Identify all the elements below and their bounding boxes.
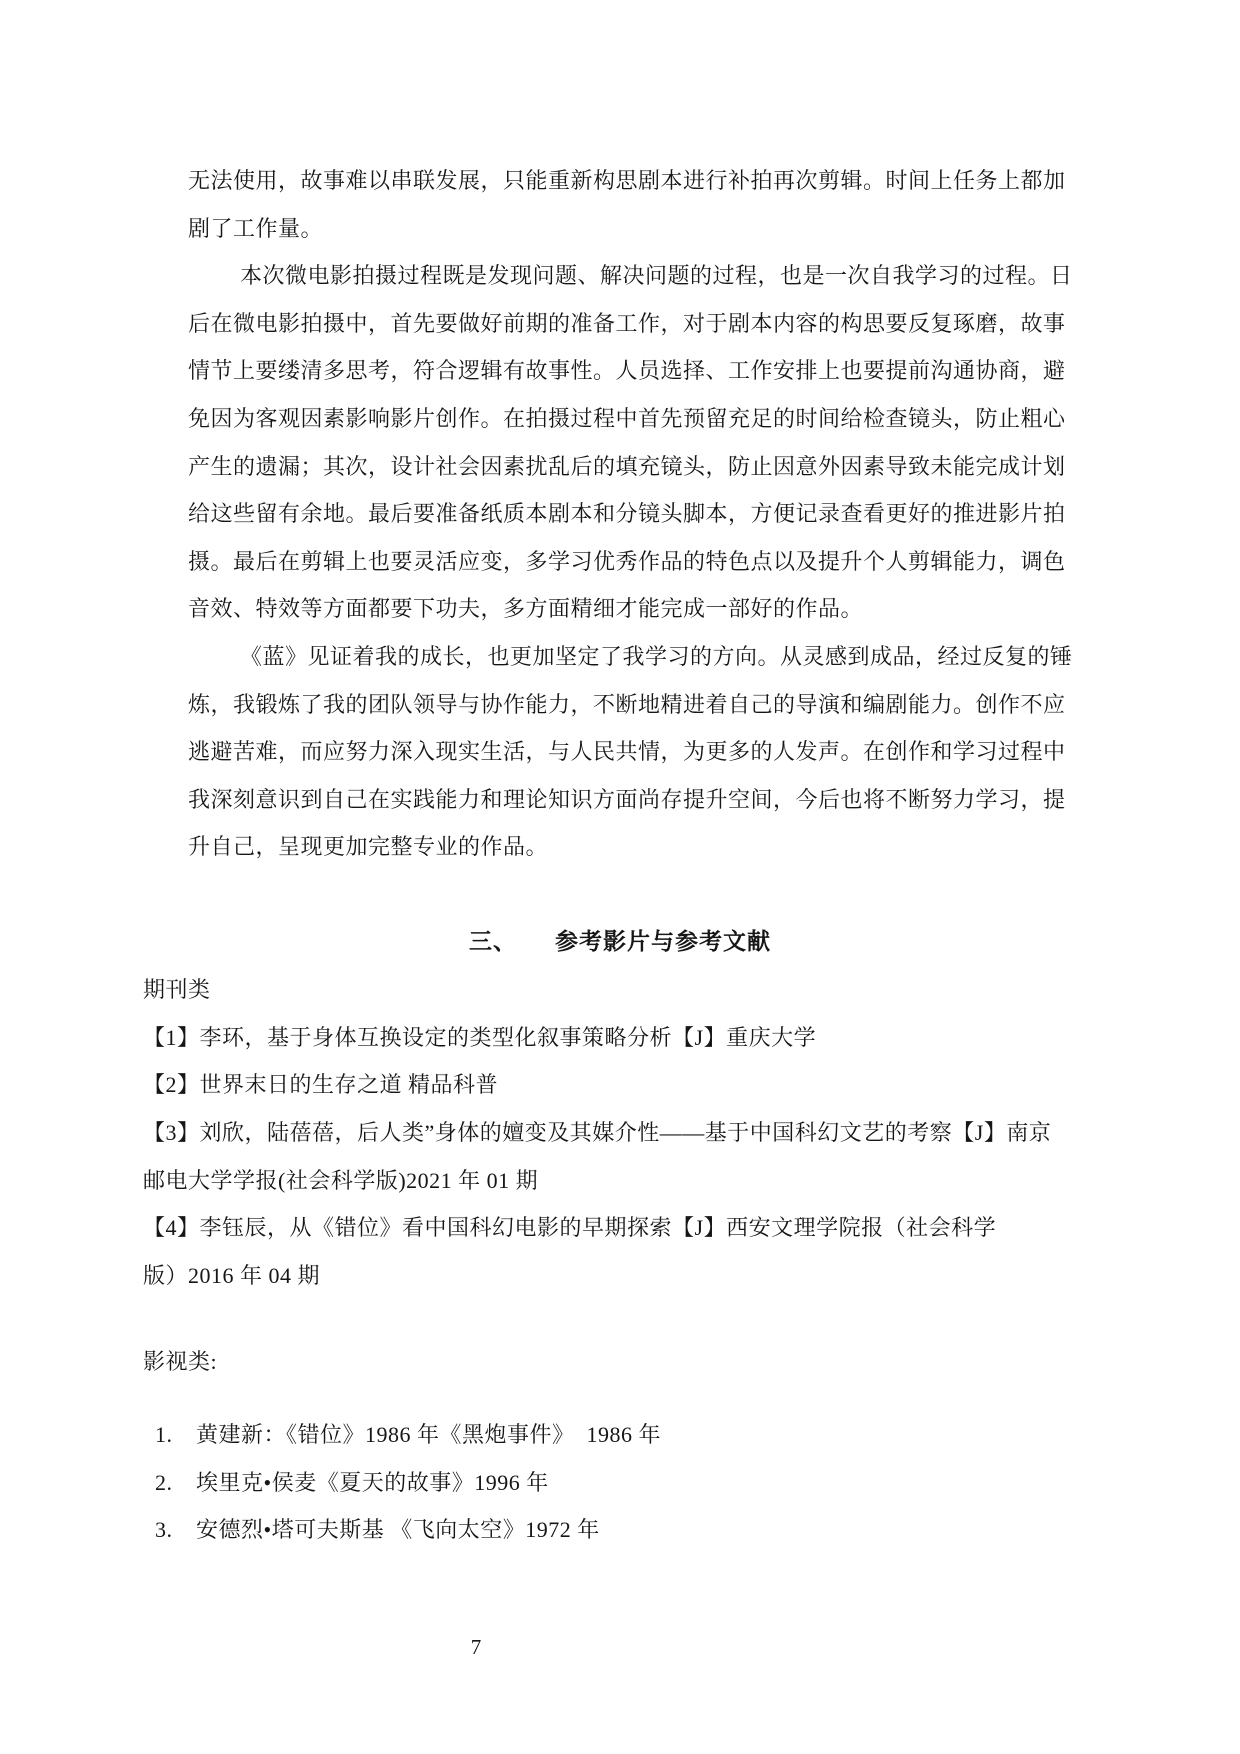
body-line: 我深刻意识到自己在实践能力和理论知识方面尚存提升空间，今后也将不断努力学习，提 xyxy=(188,787,1068,813)
film-item-text: 安德烈•塔可夫斯基 《飞向太空》1972 年 xyxy=(196,1517,600,1542)
reference-item: 【4】李钰辰，从《错位》看中国科幻电影的早期探索【J】西安文理学院报（社会科学 xyxy=(143,1215,1103,1241)
section-heading: 三、 参考影片与参考文献 xyxy=(0,928,1240,956)
film-item-number: 3. xyxy=(155,1517,196,1543)
section-heading-title: 参考影片与参考文献 xyxy=(555,928,771,956)
reference-item: 【2】世界末日的生存之道 精品科普 xyxy=(143,1072,1103,1098)
body-line: 产生的遗漏；其次，设计社会因素扰乱后的填充镜头，防止因意外因素导致未能完成计划 xyxy=(188,454,1068,480)
body-line: 后在微电影拍摄中，首先要做好前期的准备工作，对于剧本内容的构思要反复琢磨，故事 xyxy=(188,311,1068,337)
document-page: 无法使用，故事难以串联发展，只能重新构思剧本进行补拍再次剪辑。时间上任务上都加 … xyxy=(0,0,1240,1754)
body-line: 音效、特效等方面都要下功夫，多方面精细才能完成一部好的作品。 xyxy=(188,596,1068,622)
reference-item: 【1】李环，基于身体互换设定的类型化叙事策略分析【J】重庆大学 xyxy=(143,1025,1103,1051)
films-group-label: 影视类: xyxy=(143,1349,1103,1375)
references-group-label: 期刊类 xyxy=(143,977,1103,1003)
section-heading-numeral: 三、 xyxy=(469,928,517,956)
body-line: 给这些留有余地。最后要准备纸质本剧本和分镜头脚本，方便记录查看更好的推进影片拍 xyxy=(188,501,1068,527)
page-number: 7 xyxy=(456,1635,496,1659)
body-line: 本次微电影拍摄过程既是发现问题、解决问题的过程，也是一次自我学习的过程。日 xyxy=(188,263,1120,289)
reference-item: 【3】刘欣，陆蓓蓓，后人类”身体的嬗变及其媒介性——基于中国科幻文艺的考察【J】… xyxy=(143,1120,1103,1146)
reference-item-continuation: 邮电大学学报(社会科学版)2021 年 01 期 xyxy=(143,1168,1103,1194)
body-line: 逃避苦难，而应努力深入现实生活，与人民共情，为更多的人发声。在创作和学习过程中 xyxy=(188,739,1068,765)
film-item: 3.安德烈•塔可夫斯基 《飞向太空》1972 年 xyxy=(131,1491,1091,1569)
body-line: 炼，我锻炼了我的团队领导与协作能力，不断地精进着自己的导演和编剧能力。创作不应 xyxy=(188,692,1068,718)
body-line: 剧了工作量。 xyxy=(188,216,1068,242)
body-line: 《蓝》见证着我的成长，也更加坚定了我学习的方向。从灵感到成品，经过反复的锤 xyxy=(188,644,1120,670)
body-line: 情节上要缕清多思考，符合逻辑有故事性。人员选择、工作安排上也要提前沟通协商，避 xyxy=(188,358,1068,384)
body-line: 升自己，呈现更加完整专业的作品。 xyxy=(188,834,1068,860)
reference-item-continuation: 版）2016 年 04 期 xyxy=(143,1263,1103,1289)
body-line: 免因为客观因素影响影片创作。在拍摄过程中首先预留充足的时间给检查镜头，防止粗心 xyxy=(188,406,1068,432)
body-line: 无法使用，故事难以串联发展，只能重新构思剧本进行补拍再次剪辑。时间上任务上都加 xyxy=(188,168,1068,194)
body-line: 摄。最后在剪辑上也要灵活应变，多学习优秀作品的特色点以及提升个人剪辑能力，调色 xyxy=(188,549,1068,575)
